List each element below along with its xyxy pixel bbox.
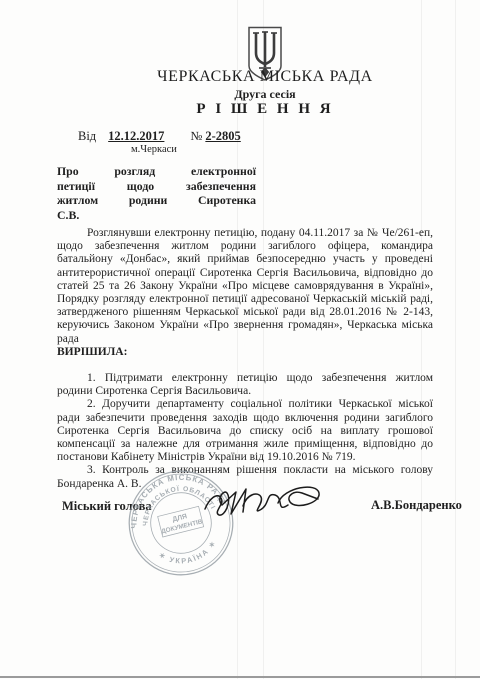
date-label: Від	[78, 129, 96, 143]
resolved-heading: ВИРІШИЛА:	[57, 346, 433, 359]
subject-line: петиції щодо забезпечення	[57, 179, 256, 194]
handwritten-signature	[200, 472, 325, 532]
document-type-title: Р І Ш Е Н Н Я	[50, 101, 480, 118]
subject-line: Про розгляд електронної	[57, 164, 256, 179]
signer-name: А.В.Бондаренко	[371, 498, 462, 513]
date-value: 12.12.2017	[108, 129, 164, 143]
subject-line: С.В.	[57, 208, 256, 223]
organization-name: ЧЕРКАСЬКА МІСЬКА РАДА	[50, 68, 480, 86]
resolution-item: 2. Доручити департаменту соціальної полі…	[57, 398, 433, 464]
decision-body: Розглянувши електронну петицію, подану 0…	[57, 227, 433, 491]
number-value: 2-2805	[205, 129, 240, 143]
scanned-decision-document: ЧЕРКАСЬКА МІСЬКА РАДА Друга сесія Р І Ш …	[0, 0, 480, 679]
issued-line: Від12.12.2017№2-2805	[78, 129, 241, 144]
subject-line: житлом родини Сиротенка	[57, 193, 256, 208]
subject-block: Про розгляд електронної петиції щодо заб…	[57, 164, 256, 222]
preamble-paragraph: Розглянувши електронну петицію, подану 0…	[57, 227, 433, 346]
resolution-item: 1. Підтримати електронну петицію щодо за…	[57, 372, 433, 398]
city-line: м.Черкаси	[131, 144, 177, 155]
session-line: Друга сесія	[50, 87, 480, 102]
stamp-bottom-arc-text: ✶ УКРАЇНА ✶	[156, 537, 222, 572]
scan-edge-line	[0, 676, 480, 678]
svg-text:✶ УКРАЇНА ✶: ✶ УКРАЇНА ✶	[156, 537, 222, 572]
number-label: №	[190, 129, 202, 143]
